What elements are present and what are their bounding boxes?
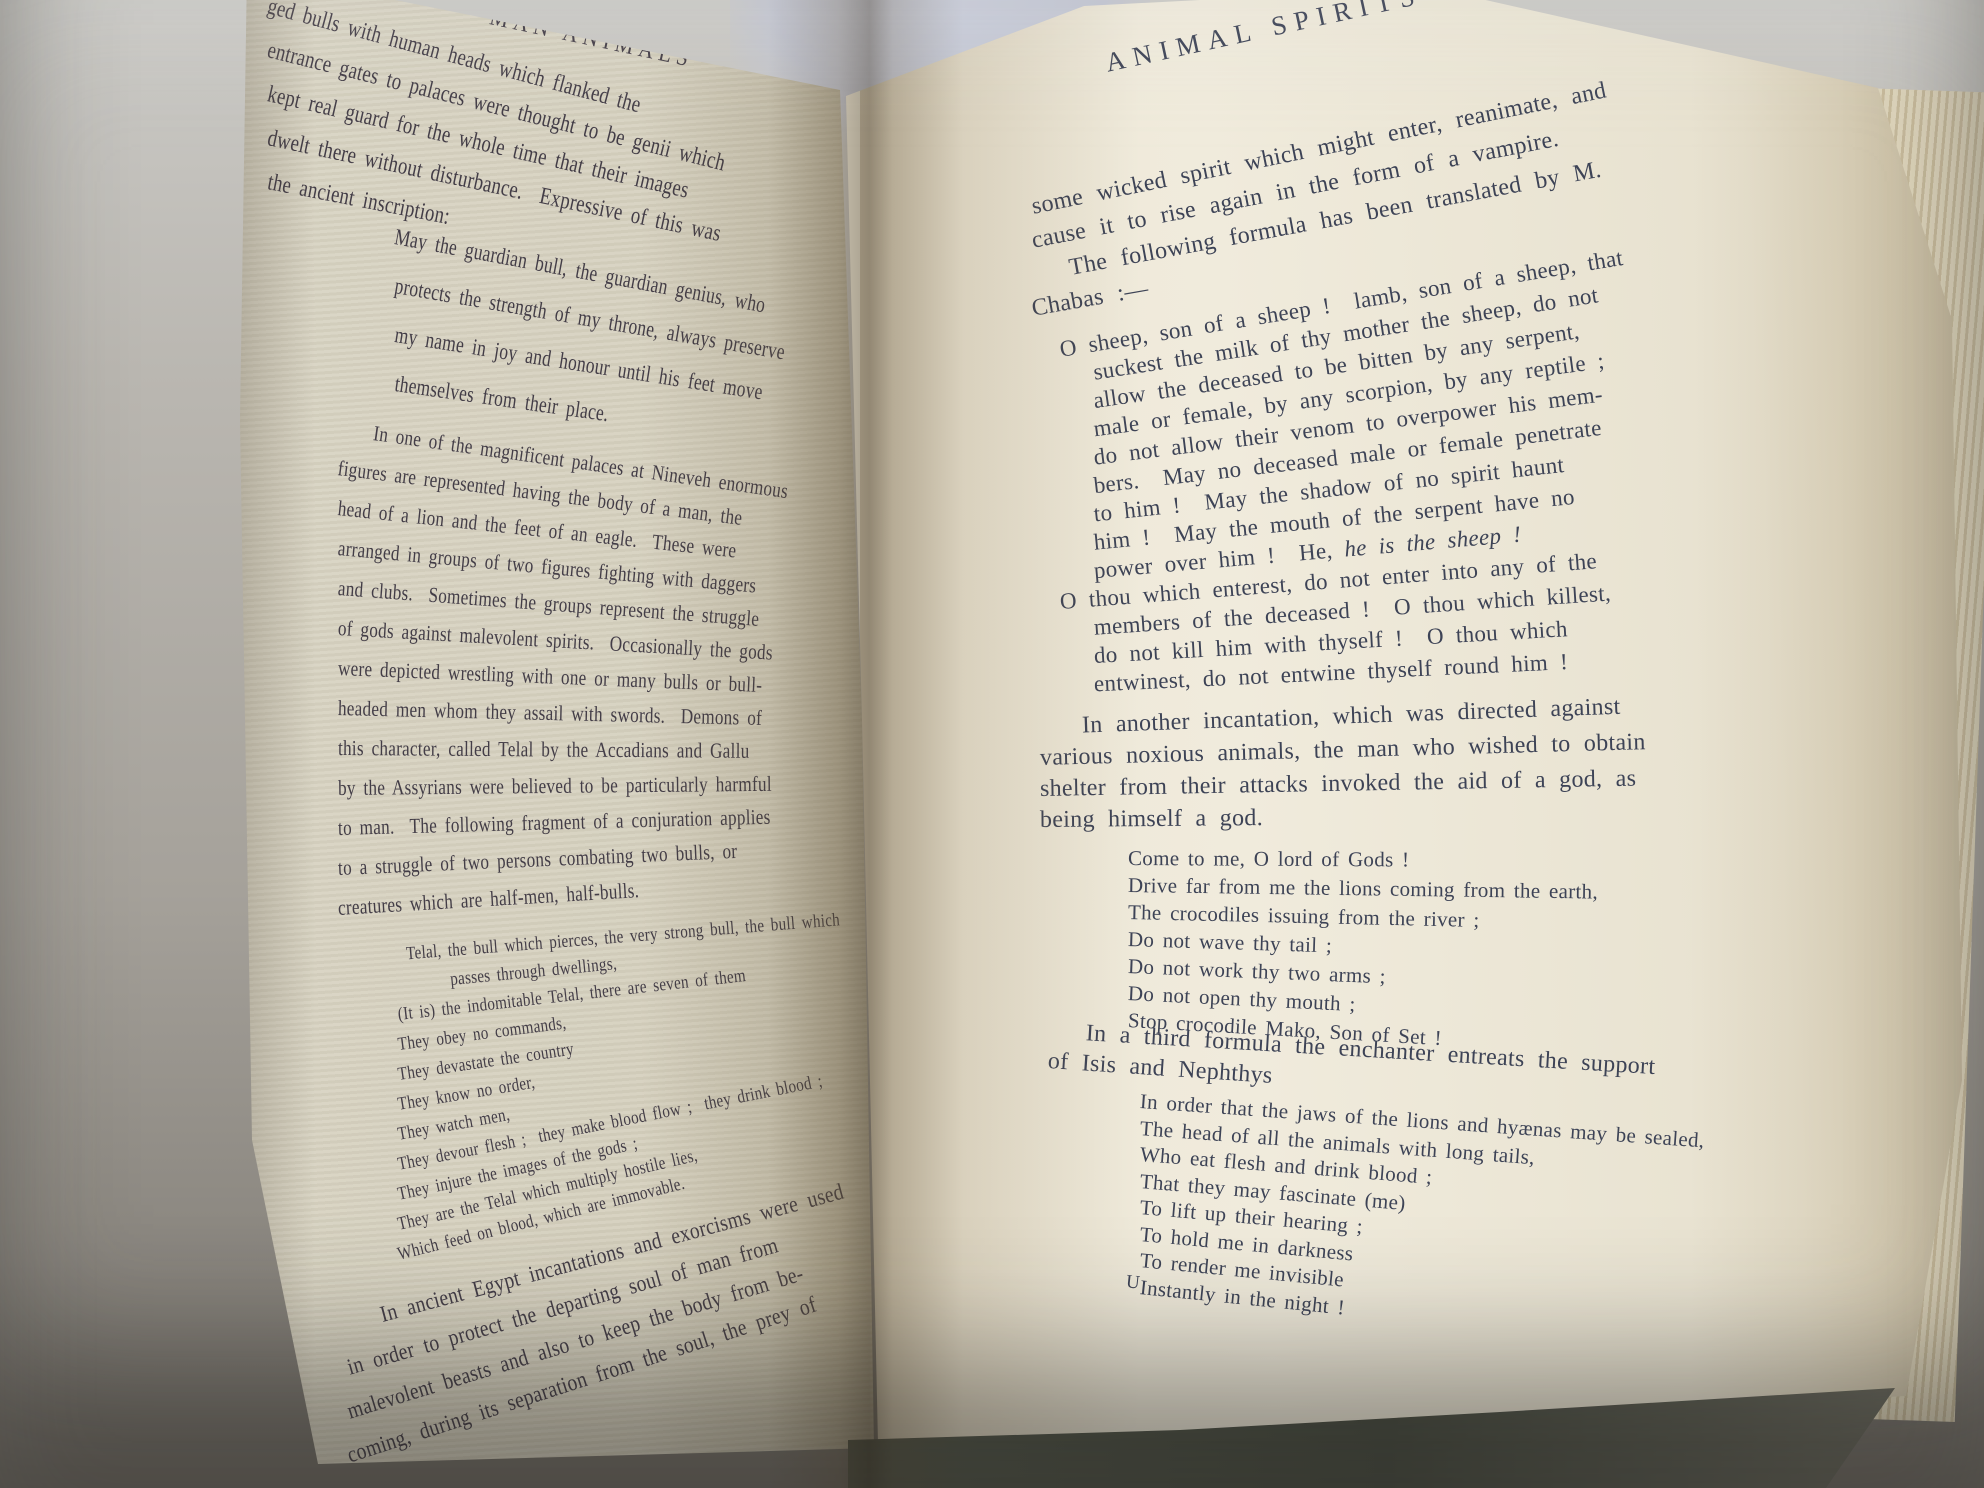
text-line: Come to me, O lord of Gods ! bbox=[1128, 845, 1598, 874]
right-sheep-incantation: O sheep, son of a sheep ! lamb, son of a… bbox=[1060, 336, 1630, 700]
right-lions-verse: In order that the jaws of the lions and … bbox=[1140, 1088, 1706, 1300]
right-lord-of-gods-verse: Come to me, O lord of Gods !Drive far fr… bbox=[1128, 845, 1598, 1034]
spine-gutter-shadow bbox=[768, 0, 963, 1488]
book-photo: MAN ANIMALS ged bulls with human heads w… bbox=[0, 0, 1984, 1488]
page-edge-shading bbox=[225, 0, 315, 1488]
right-running-header: ANIMAL SPIRITS bbox=[1103, 0, 1425, 79]
